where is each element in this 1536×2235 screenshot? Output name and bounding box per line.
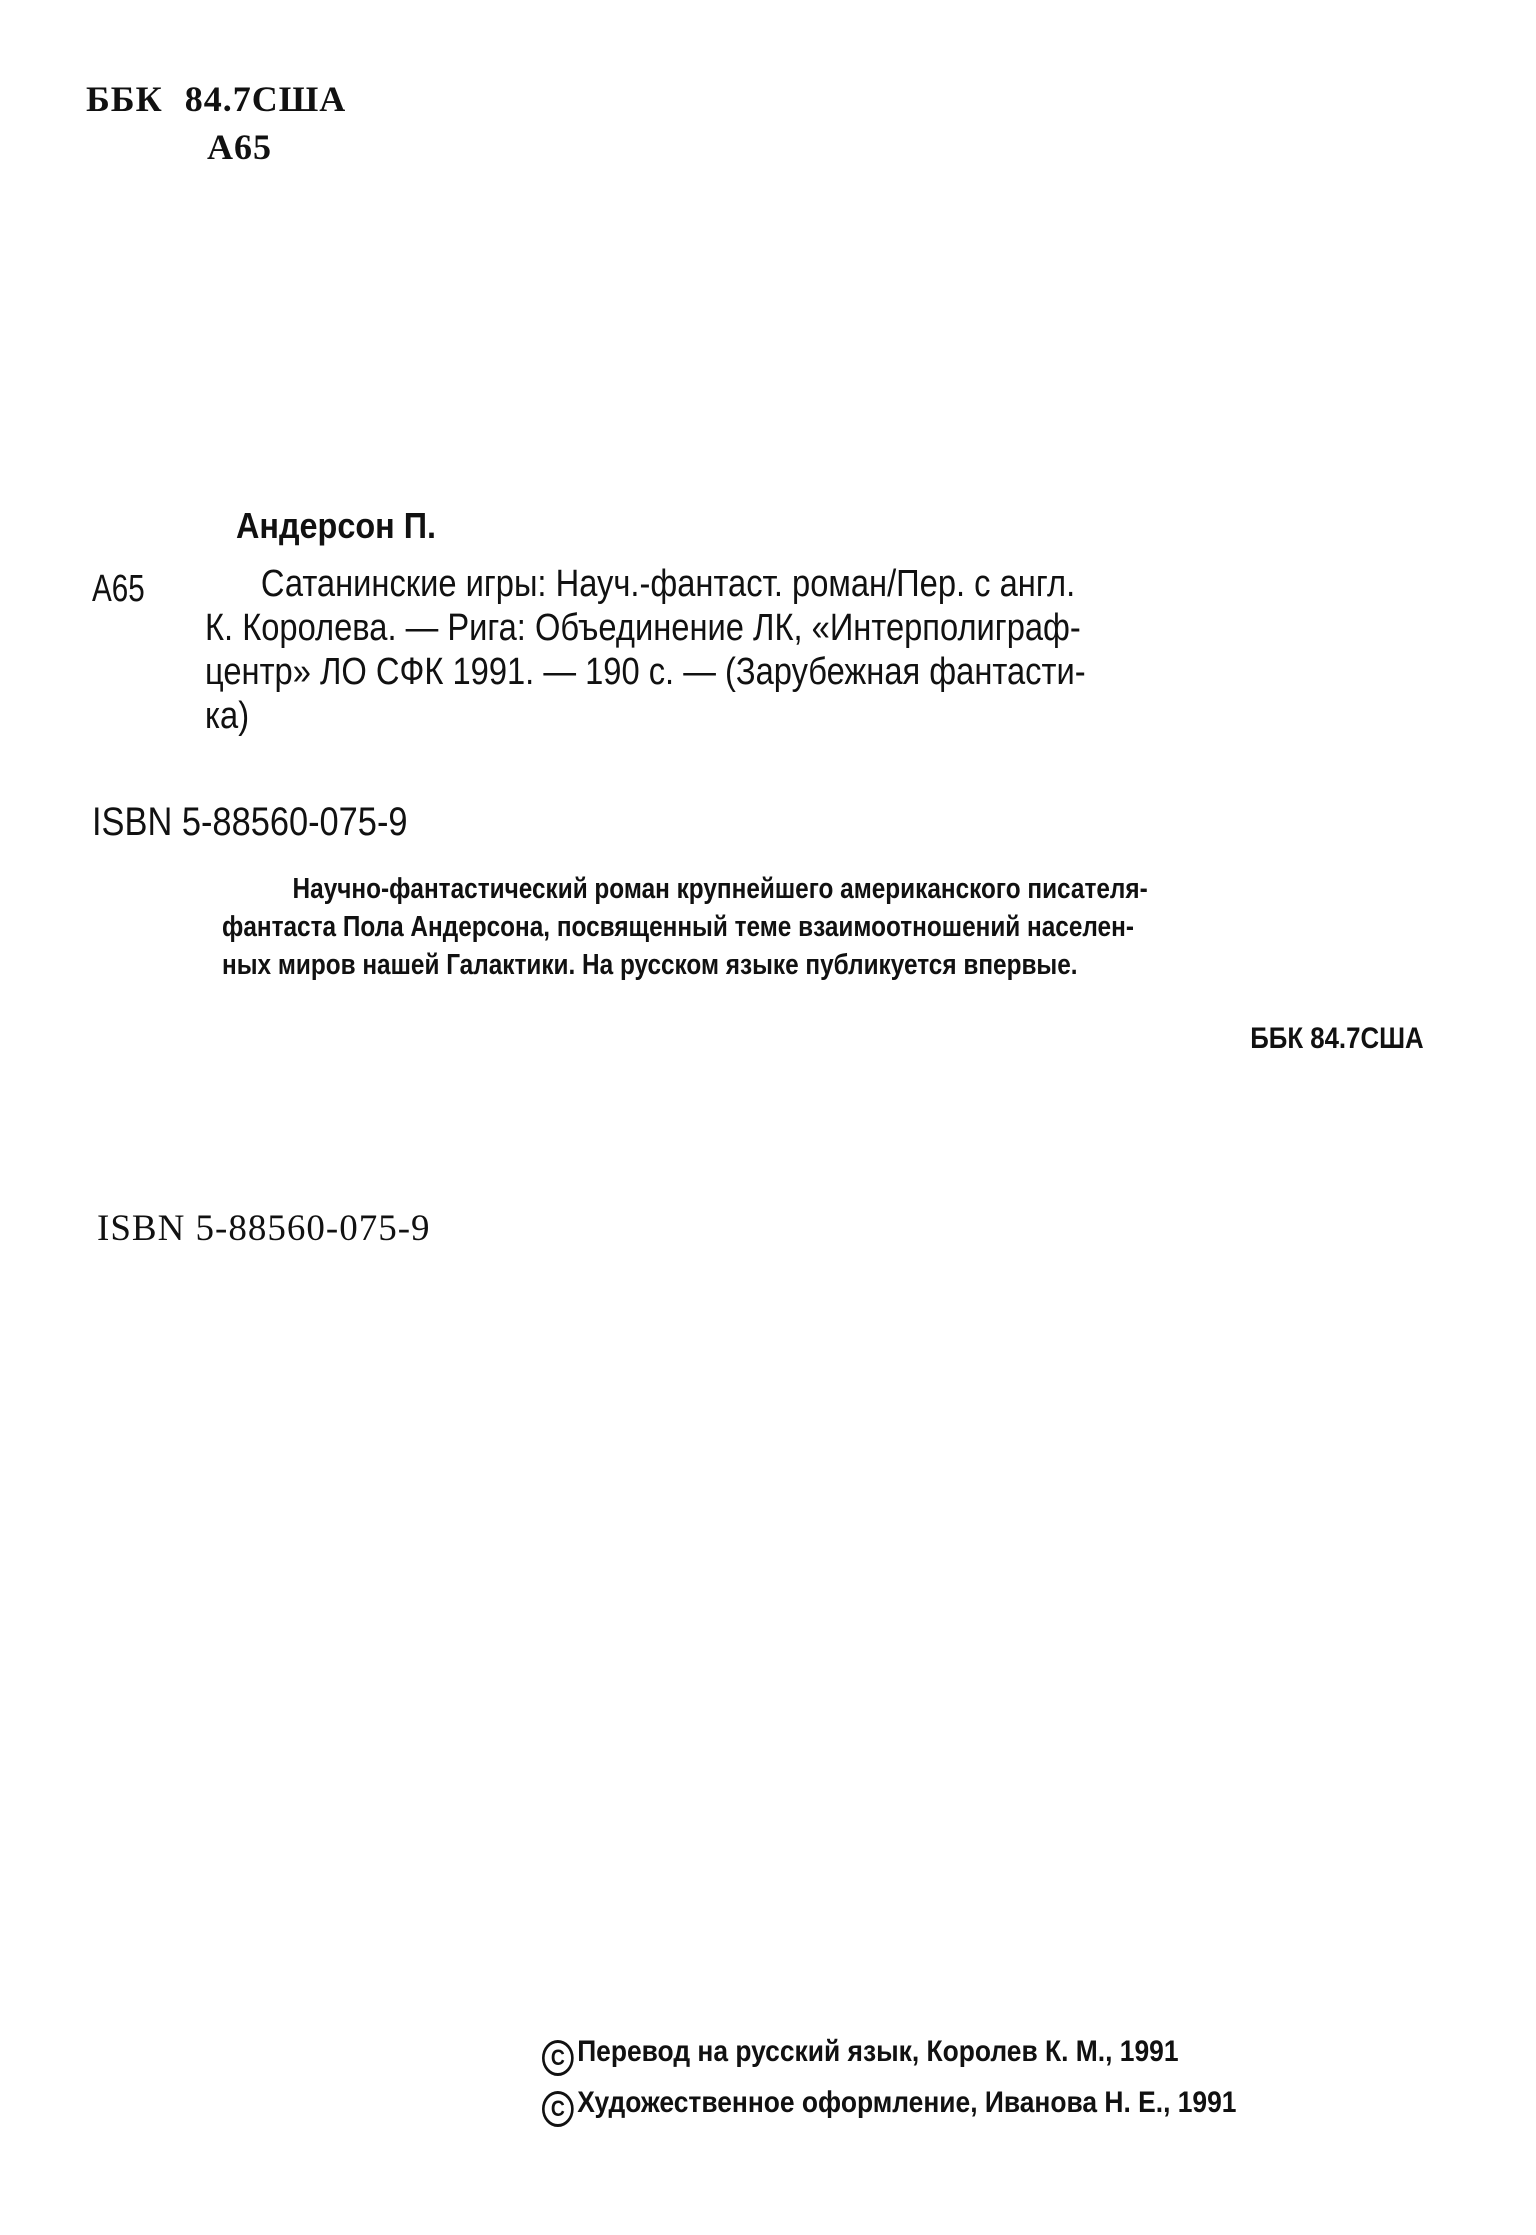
bbk-classification-annotation: ББК 84.7США	[1251, 1022, 1424, 1056]
annotation-line: Научно-фантастический роман крупнейшего …	[222, 870, 1230, 908]
biblio-line: Сатанинские игры: Науч.-фантаст. роман/П…	[205, 562, 1250, 606]
author-mark-record: А65	[92, 568, 145, 611]
author-mark-top: А65	[207, 126, 272, 168]
copyright-icon: C	[542, 2091, 574, 2127]
annotation: Научно-фантастический роман крупнейшего …	[222, 870, 1422, 984]
copyright-text: Перевод на русский язык, Королев К. М., …	[577, 2035, 1178, 2068]
biblio-line: ка)	[205, 694, 1250, 738]
bbk-label: ББК	[86, 79, 163, 119]
biblio-line: К. Королева. — Рига: Объединение ЛК, «Ин…	[205, 606, 1250, 650]
copyright-text: Художественное оформление, Иванова Н. Е.…	[577, 2086, 1236, 2119]
annotation-line: фантаста Пола Андерсона, посвященный тем…	[222, 908, 1230, 946]
annotation-line: ных миров нашей Галактики. На русском яз…	[222, 946, 1230, 984]
isbn-footer: ISBN 5-88560-075-9	[97, 1207, 431, 1250]
copyright-icon: C	[542, 2040, 574, 2076]
bbk-code: 84.7США	[185, 79, 347, 119]
biblio-line: центр» ЛО СФК 1991. — 190 с. — (Зарубежн…	[205, 650, 1250, 694]
isbn-record: ISBN 5-88560-075-9	[92, 800, 408, 845]
copyright-design: CХудожественное оформление, Иванова Н. Е…	[542, 2086, 1236, 2127]
bbk-classification-top: ББК84.7США	[86, 78, 346, 120]
bibliographic-description: Сатанинские игры: Науч.-фантаст. роман/П…	[205, 562, 1420, 738]
copyright-translation: CПеревод на русский язык, Королев К. М.,…	[542, 2035, 1179, 2076]
author-name: Андерсон П.	[236, 505, 436, 547]
